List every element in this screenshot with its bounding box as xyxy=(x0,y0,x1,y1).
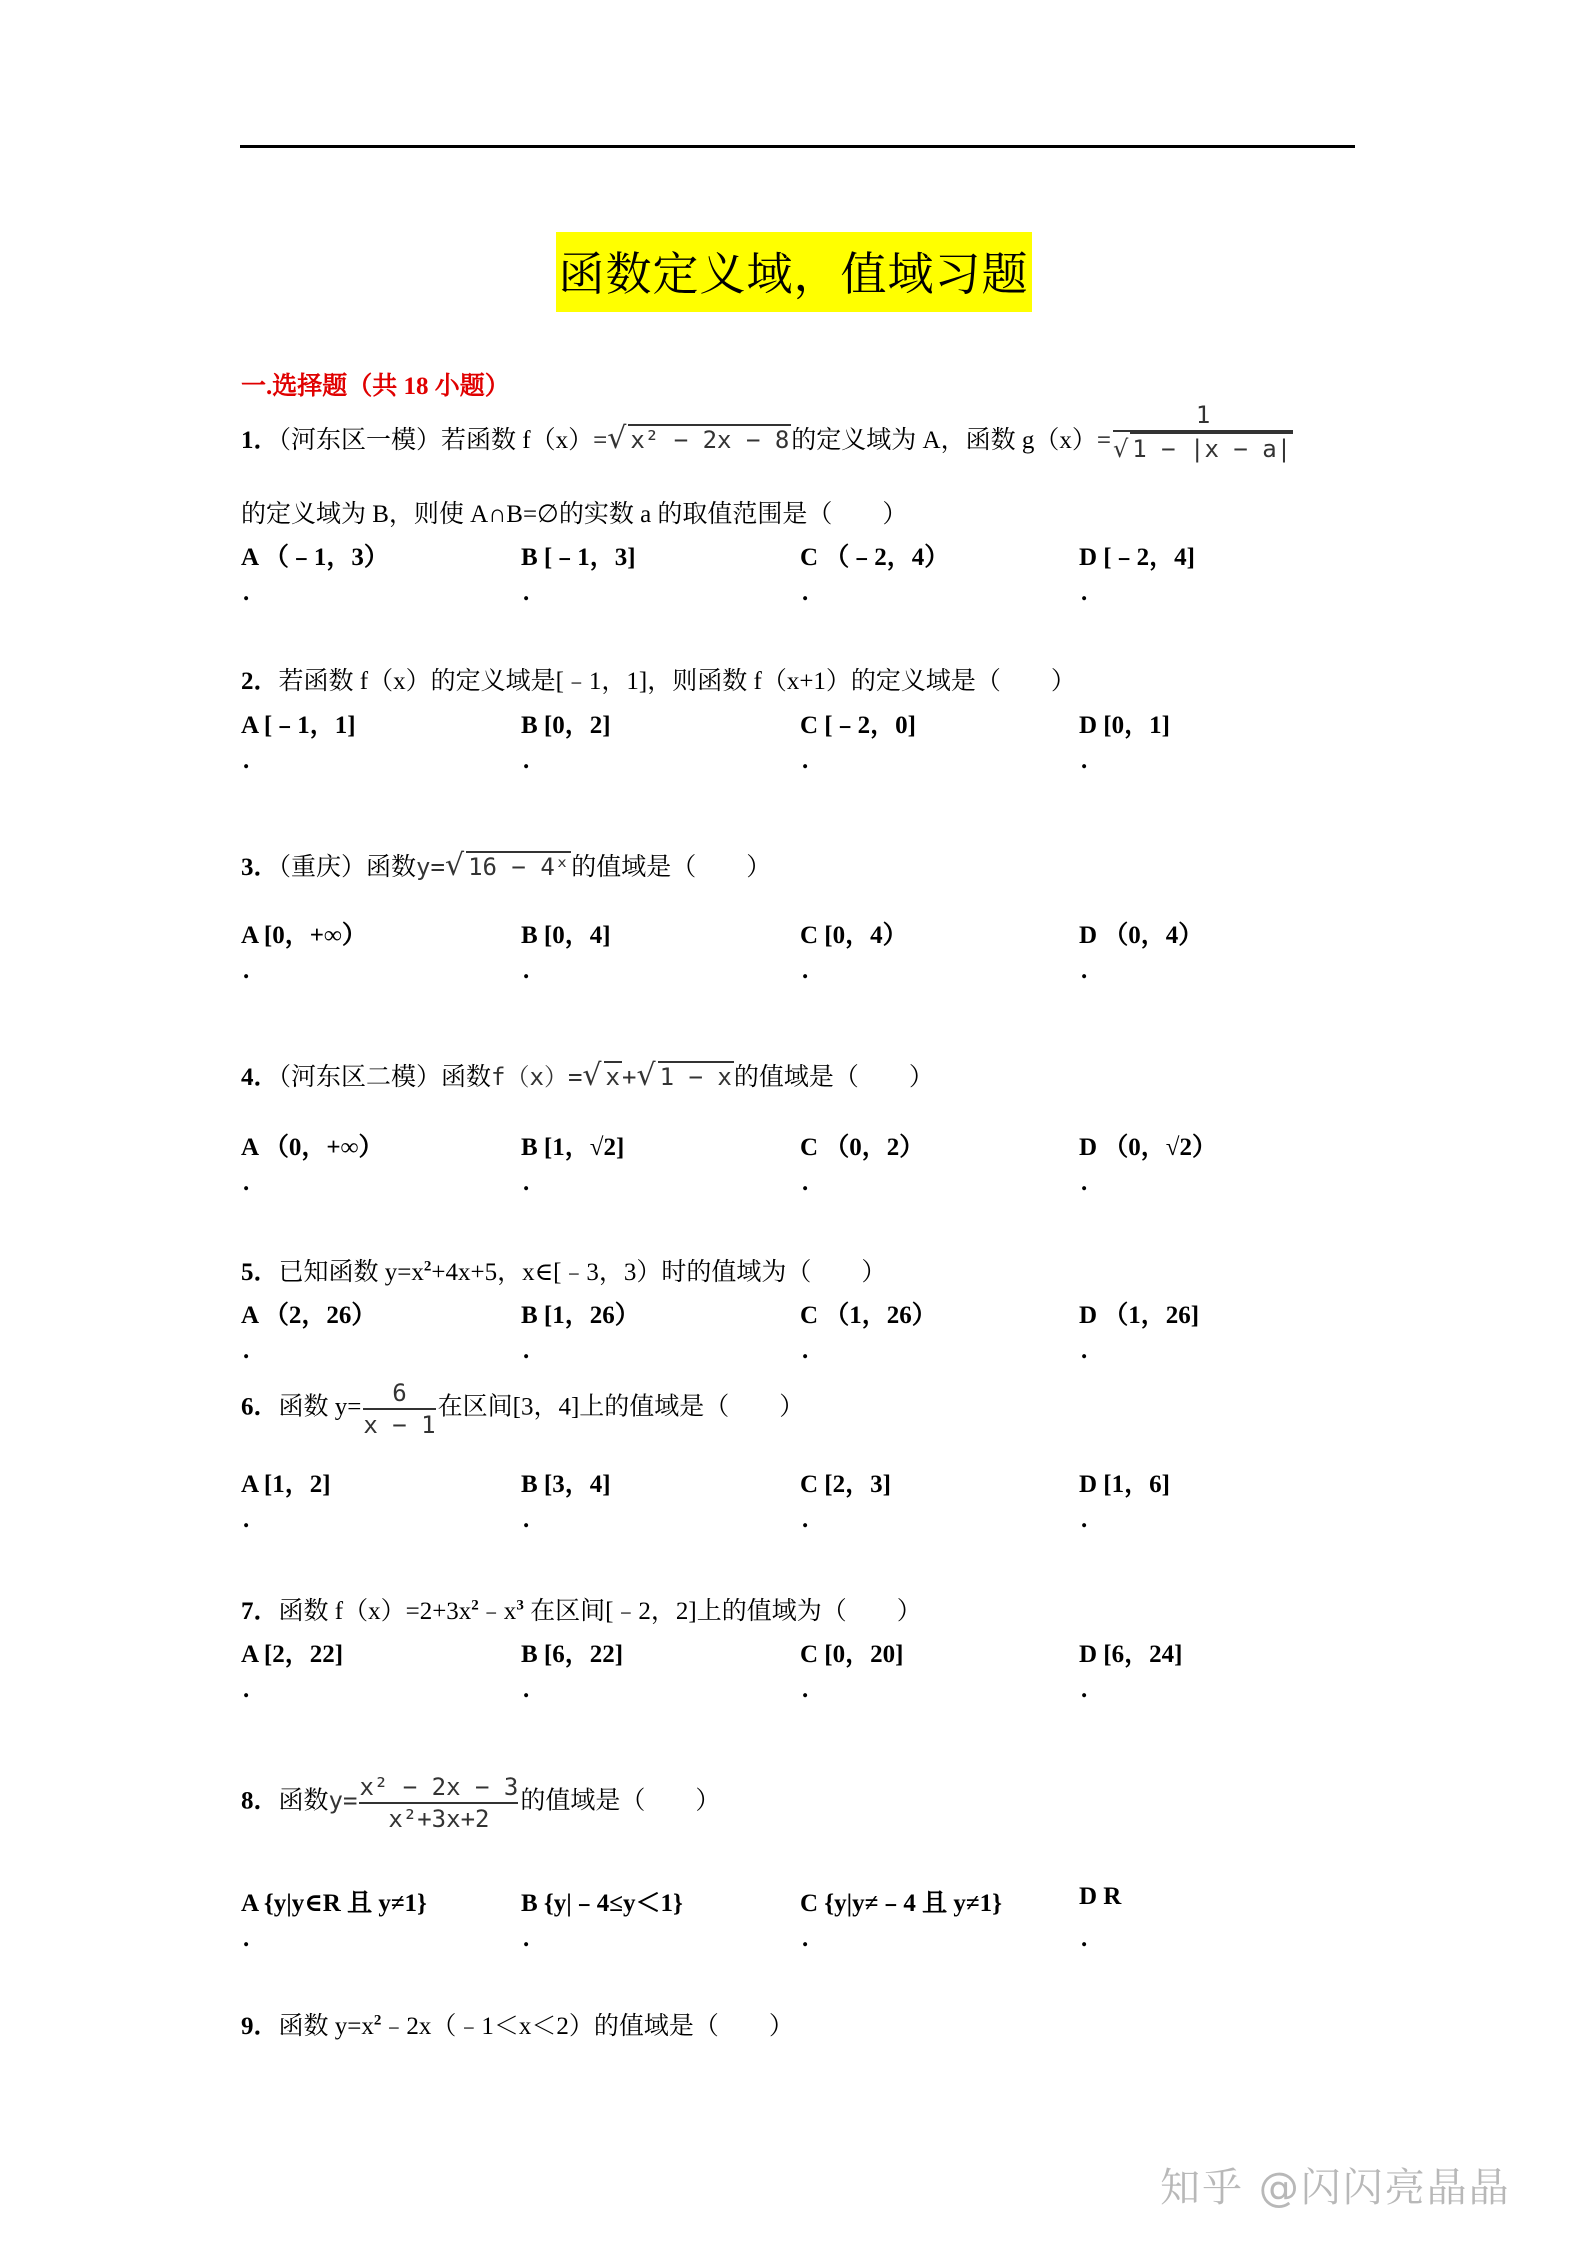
page-title: 函数定义域，值域习题 xyxy=(556,232,1032,312)
option-a[interactable]: A （﹣1，3） xyxy=(241,537,389,573)
option-c[interactable]: C （0，2） xyxy=(800,1127,924,1163)
option-c[interactable]: C {y|y≠﹣4 且 y≠1} xyxy=(800,1883,1002,1919)
question-6: 6．函数 y=6x − 1在区间[3，4]上的值域是（ ） xyxy=(241,1378,804,1440)
option-b[interactable]: B [﹣1，3] xyxy=(521,537,636,573)
option-c[interactable]: C （1，26） xyxy=(800,1295,937,1331)
header-rule xyxy=(240,145,1355,148)
question-2: 2．若函数 f（x）的定义域是[﹣1，1]，则函数 f（x+1）的定义域是（ ） xyxy=(241,661,1076,697)
option-c[interactable]: C [0，4） xyxy=(800,915,908,951)
option-d[interactable]: D [0，1] xyxy=(1079,705,1170,741)
option-a[interactable]: A （0，+∞） xyxy=(241,1127,384,1163)
sqrt-symbol: √ xyxy=(636,1058,655,1093)
sqrt-symbol: √ xyxy=(1113,435,1128,463)
option-d[interactable]: D （0，4） xyxy=(1079,915,1203,951)
option-b[interactable]: B [1，√2] xyxy=(521,1127,624,1163)
option-d[interactable]: D （1，26] xyxy=(1079,1295,1199,1331)
option-d[interactable]: D [﹣2，4] xyxy=(1079,537,1195,573)
sqrt-symbol: √ xyxy=(445,848,464,883)
question-8: 8．函数y=x² − 2x − 3x²+3x+2的值域是（ ） xyxy=(241,1772,720,1834)
watermark: 知乎 @闪闪亮晶晶 xyxy=(1160,2156,1511,2213)
fraction: x² − 2x − 3x²+3x+2 xyxy=(359,1772,518,1834)
sqrt-symbol: √ xyxy=(607,421,626,456)
question-9: 9．函数 y=x2﹣2x（﹣1＜x＜2）的值域是（ ） xyxy=(241,2006,794,2042)
question-5: 5．已知函数 y=x2+4x+5，x∈[﹣3，3）时的值域为（ ） xyxy=(241,1252,886,1288)
section-heading: 一.选择题（共 18 小题） xyxy=(241,366,510,402)
option-b[interactable]: B [0，2] xyxy=(521,705,611,741)
option-b[interactable]: B [1，26） xyxy=(521,1295,640,1331)
math-expression: x² − 2x − 8 xyxy=(628,424,791,454)
question-4: 4．（河东区二模）函数f（x）=√x+√1 − x的值域是（ ） xyxy=(241,1057,934,1093)
option-a[interactable]: A （2，26） xyxy=(241,1295,376,1331)
option-d[interactable]: D R xyxy=(1079,1883,1121,1911)
option-d[interactable]: D [1，6] xyxy=(1079,1464,1170,1500)
option-b[interactable]: B [6，22] xyxy=(521,1634,623,1670)
question-3: 3．（重庆）函数y=√16 − 4ˣ的值域是（ ） xyxy=(241,847,771,883)
option-b[interactable]: B [3，4] xyxy=(521,1464,611,1500)
option-c[interactable]: C [﹣2，0] xyxy=(800,705,916,741)
option-b[interactable]: B [0，4] xyxy=(521,915,611,951)
option-d[interactable]: D [6，24] xyxy=(1079,1634,1182,1670)
option-a[interactable]: A {y|y∈R 且 y≠1} xyxy=(241,1883,427,1919)
option-c[interactable]: C [2，3] xyxy=(800,1464,891,1500)
question-7: 7．函数 f（x）=2+3x2﹣x3 在区间[﹣2，2]上的值域为（ ） xyxy=(241,1591,922,1627)
question-1: 1．（河东区一模）若函数 f（x）=√x² − 2x − 8的定义域为 A，函数… xyxy=(241,420,1295,464)
fraction: 1√1 − |x − a| xyxy=(1113,400,1293,464)
option-a[interactable]: A [1，2] xyxy=(241,1464,331,1500)
option-a[interactable]: A [0，+∞） xyxy=(241,915,367,951)
option-c[interactable]: C （﹣2，4） xyxy=(800,537,949,573)
math-expression: 16 − 4ˣ xyxy=(466,851,571,881)
option-b[interactable]: B {y|﹣4≤y＜1} xyxy=(521,1883,683,1919)
option-a[interactable]: A [﹣1，1] xyxy=(241,705,356,741)
fraction: 6x − 1 xyxy=(363,1378,435,1440)
option-a[interactable]: A [2，22] xyxy=(241,1634,343,1670)
question-1-line-2: 的定义域为 B，则使 A∩B=∅的实数 a 的取值范围是（ ） xyxy=(241,494,907,530)
option-d[interactable]: D （0，√2） xyxy=(1079,1127,1217,1163)
option-c[interactable]: C [0，20] xyxy=(800,1634,903,1670)
sqrt-symbol: √ xyxy=(582,1058,601,1093)
